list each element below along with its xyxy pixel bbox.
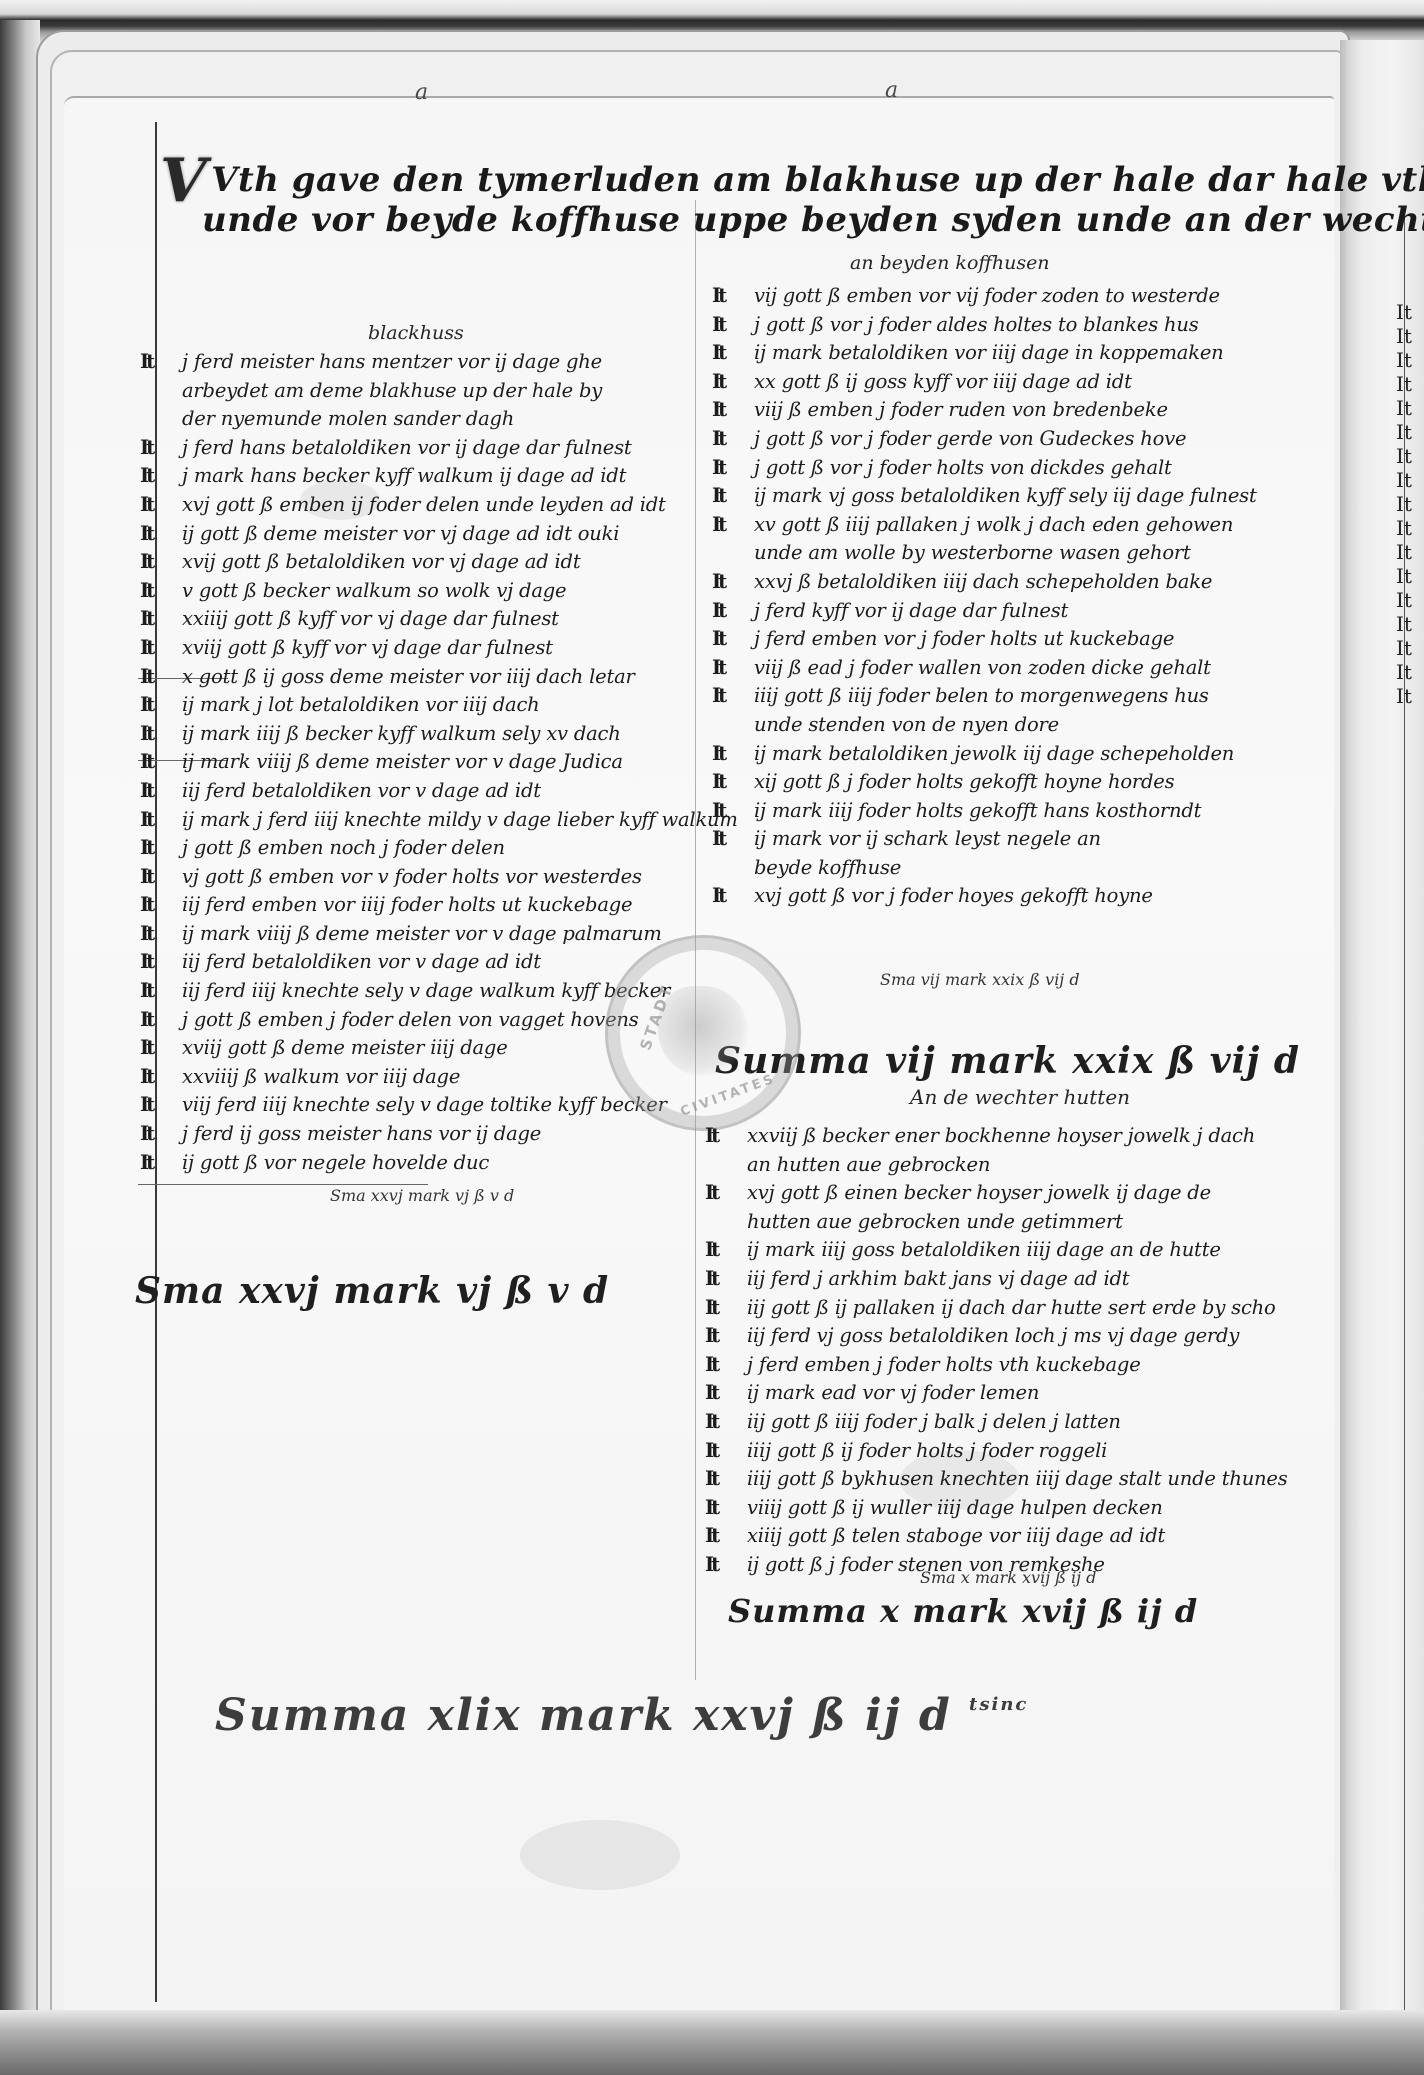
item-mark: It	[140, 948, 182, 977]
item-mark: It	[705, 1379, 747, 1408]
ledger-entry: Itxvj gott ß einen becker hoyser jowelk …	[705, 1179, 1345, 1208]
ledger-entry: Itj gott ß emben noch j foder delen	[140, 834, 700, 863]
item-mark: It	[705, 1494, 747, 1523]
item-mark: It	[140, 1034, 182, 1063]
entry-text: xvj gott ß einen becker hoyser jowelk ij…	[747, 1181, 1211, 1204]
ledger-entry: Itij mark betaloldiken vor iiij dage in …	[712, 339, 1342, 368]
ledger-entry: Itxiiij gott ß telen staboge vor iiij da…	[705, 1522, 1345, 1551]
entry-text: vij gott ß emben vor vij foder zoden to …	[754, 284, 1220, 307]
item-mark: It	[712, 511, 754, 540]
entry-text: xviij gott ß kyff vor vj dage dar fulnes…	[182, 636, 553, 659]
ledger-entry: Itxviij gott ß kyff vor vj dage dar fuln…	[140, 634, 700, 663]
entry-text: j ferd emben vor j foder holts ut kuckeb…	[754, 627, 1174, 650]
entry-text: ij mark vj goss betaloldiken kyff sely i…	[754, 484, 1257, 507]
paper-smudge	[520, 1820, 680, 1890]
item-mark: It	[140, 1120, 182, 1149]
right-lower-heading: An de wechter hutten	[910, 1085, 1130, 1109]
item-mark: It	[140, 577, 182, 606]
item-mark: It	[712, 768, 754, 797]
ledger-entry: unde stenden von de nyen dore	[712, 711, 1342, 740]
entry-text: j gott ß emben noch j foder delen	[182, 836, 505, 859]
left-column-heading: blackhuss	[368, 322, 464, 344]
right-upper-entries: Itvij gott ß emben vor vij foder zoden t…	[712, 282, 1342, 911]
entry-text: xiiij gott ß telen staboge vor iiij dage…	[747, 1524, 1165, 1547]
entry-text: v gott ß becker walkum so wolk vj dage	[182, 579, 566, 602]
item-mark: It	[712, 454, 754, 483]
item-mark: It	[140, 462, 182, 491]
item-mark: It	[140, 863, 182, 892]
item-mark: It	[712, 597, 754, 626]
decorated-initial: V	[160, 146, 207, 216]
entry-text: j gott ß vor j foder holts von dickdes g…	[754, 456, 1172, 479]
item-mark: It	[140, 691, 182, 720]
ledger-entry: Itj ferd emben j foder holts vth kuckeba…	[705, 1351, 1345, 1380]
ledger-entry: Itij mark iiij foder holts gekofft hans …	[712, 797, 1342, 826]
item-mark: It	[140, 1149, 182, 1178]
item-mark: It	[140, 348, 182, 377]
entry-text: xxiiij gott ß kyff vor vj dage dar fulne…	[182, 607, 559, 630]
entry-text: ij gott ß deme meister vor vj dage ad id…	[182, 522, 619, 545]
book-bottom-edge	[0, 2010, 1424, 2075]
item-mark: It	[140, 1063, 182, 1092]
entry-text: x gott ß ij goss deme meister vor iiij d…	[182, 665, 635, 688]
item-mark: It	[712, 797, 754, 826]
ledger-entry: Itij mark vor ij schark leyst negele an	[712, 825, 1342, 854]
ledger-entry: Itiij gott ß ij pallaken ij dach dar hut…	[705, 1294, 1345, 1323]
ledger-entry: Itj gott ß vor j foder gerde von Gudecke…	[712, 425, 1342, 454]
ledger-entry: Itxx gott ß ij goss kyff vor iiij dage a…	[712, 368, 1342, 397]
grand-total-suffix: tsinc	[969, 1694, 1028, 1715]
entry-text: viiij gott ß ij wuller iiij dage hulpen …	[747, 1496, 1163, 1519]
ledger-entry: hutten aue gebrocken unde getimmert	[705, 1208, 1345, 1237]
entry-text: iij ferd emben vor iiij foder holts ut k…	[182, 893, 632, 916]
ledger-entry: Itviiij gott ß ij wuller iiij dage hulpe…	[705, 1494, 1345, 1523]
ledger-entry: Itvj gott ß emben vor v foder holts vor …	[140, 863, 700, 892]
entry-text: ij mark ead vor vj foder lemen	[747, 1381, 1039, 1404]
entry-text: viij ferd iiij knechte sely v dage tolti…	[182, 1093, 667, 1116]
entry-text: iij ferd iiij knechte sely v dage walkum…	[182, 979, 670, 1002]
item-mark: It	[140, 491, 182, 520]
entry-text: j ferd hans betaloldiken vor ij dage dar…	[182, 436, 632, 459]
item-mark: It	[705, 1551, 747, 1580]
ledger-entry: Itiij ferd emben vor iiij foder holts ut…	[140, 891, 700, 920]
entry-text: j gott ß emben j foder delen von vagget …	[182, 1008, 639, 1031]
ledger-entry: Itxxiiij gott ß kyff vor vj dage dar ful…	[140, 605, 700, 634]
item-mark: It	[140, 748, 182, 777]
item-mark: It	[140, 1091, 182, 1120]
entry-text: beyde koffhuse	[754, 856, 901, 879]
item-mark: It	[705, 1437, 747, 1466]
entry-text: ij mark viiij ß deme meister vor v dage …	[182, 750, 623, 773]
ledger-entry: Itij gott ß deme meister vor vj dage ad …	[140, 520, 700, 549]
entry-text: iij ferd vj goss betaloldiken loch j ms …	[747, 1324, 1239, 1347]
ledger-entry: arbeydet am deme blakhuse up der hale by	[140, 377, 700, 406]
ledger-entry: Itj ferd ij goss meister hans vor ij dag…	[140, 1120, 700, 1149]
entry-text: ij mark iiij goss betaloldiken iiij dage…	[747, 1238, 1221, 1261]
ledger-entry: an hutten aue gebrocken	[705, 1151, 1345, 1180]
ledger-entry: Itv gott ß becker walkum so wolk vj dage	[140, 577, 700, 606]
ledger-entry: Itiiij gott ß bykhusen knechten iiij dag…	[705, 1465, 1345, 1494]
entry-text: ij gott ß vor negele hovelde duc	[182, 1151, 489, 1174]
item-mark: It	[712, 482, 754, 511]
left-column-summa: Sma xxvj mark vj ß v d	[135, 1270, 609, 1312]
item-mark: It	[705, 1408, 747, 1437]
item-mark: It	[140, 605, 182, 634]
page-title-line-2: unde vor beyde koffhuse uppe beyden syde…	[202, 200, 1424, 240]
ledger-entry: Itxvj gott ß vor j foder hoyes gekofft h…	[712, 882, 1342, 911]
ledger-entry: Itxvj gott ß emben ij foder delen unde l…	[140, 491, 700, 520]
top-folio-mark: a	[415, 80, 428, 105]
entry-text: xx gott ß ij goss kyff vor iiij dage ad …	[754, 370, 1132, 393]
item-mark: It	[712, 311, 754, 340]
entry-text: iij gott ß ij pallaken ij dach dar hutte…	[747, 1296, 1276, 1319]
entry-text: iij ferd betaloldiken vor v dage ad idt	[182, 779, 541, 802]
ledger-entry: Itxxviij ß becker ener bockhenne hoyser …	[705, 1122, 1345, 1151]
entry-text: j ferd ij goss meister hans vor ij dage	[182, 1122, 541, 1145]
entry-text: ij mark iiij ß becker kyff walkum sely x…	[182, 722, 621, 745]
ledger-entry: beyde koffhuse	[712, 854, 1342, 883]
item-mark: It	[140, 720, 182, 749]
ledger-entry: Itxv gott ß iiij pallaken j wolk j dach …	[712, 511, 1342, 540]
ledger-entry: Itij mark j ferd iiij knechte mildy v da…	[140, 806, 700, 835]
entry-text: ij mark viiij ß deme meister vor v dage …	[182, 922, 662, 945]
right-upper-subtotal-note: Sma vij mark xxix ß vij d	[880, 970, 1080, 989]
ledger-entry: Itiiij gott ß iiij foder belen to morgen…	[712, 682, 1342, 711]
ledger-entry: Itij mark viiij ß deme meister vor v dag…	[140, 748, 700, 777]
ledger-entry: Itxxvj ß betaloldiken iiij dach schepeho…	[712, 568, 1342, 597]
left-column-subtotal-note: Sma xxvj mark vj ß v d	[330, 1186, 514, 1205]
ledger-entry: Itiij ferd vj goss betaloldiken loch j m…	[705, 1322, 1345, 1351]
ledger-entry: Itiij ferd j arkhim bakt jans vj dage ad…	[705, 1265, 1345, 1294]
ledger-entry: Itj ferd meister hans mentzer vor ij dag…	[140, 348, 700, 377]
item-mark: It	[140, 634, 182, 663]
item-mark: It	[140, 834, 182, 863]
item-mark: It	[140, 663, 182, 692]
entry-text: j ferd kyff vor ij dage dar fulnest	[754, 599, 1068, 622]
entry-text: j gott ß vor j foder aldes holtes to bla…	[754, 313, 1199, 336]
subtotal-rule	[138, 1184, 428, 1185]
ledger-entry: Itj gott ß vor j foder aldes holtes to b…	[712, 311, 1342, 340]
right-lower-summa: Summa x mark xvij ß ij d	[728, 1592, 1198, 1630]
entry-text: der nyemunde molen sander dagh	[182, 407, 514, 430]
book-left-edge	[0, 20, 40, 2075]
item-mark: It	[712, 740, 754, 769]
ledger-entry: Itij mark betaloldiken jewolk iij dage s…	[712, 740, 1342, 769]
ledger-entry: Itj gott ß vor j foder holts von dickdes…	[712, 454, 1342, 483]
entry-text: an hutten aue gebrocken	[747, 1153, 990, 1176]
ledger-entry: Itviij ß ead j foder wallen von zoden di…	[712, 654, 1342, 683]
entry-text: xxviij ß becker ener bockhenne hoyser jo…	[747, 1124, 1255, 1147]
entry-text: xxvj ß betaloldiken iiij dach schepehold…	[754, 570, 1212, 593]
facing-page-item-marks: It It It It It It It It It It It It It I…	[1396, 300, 1424, 740]
ledger-entry: Itij mark ead vor vj foder lemen	[705, 1379, 1345, 1408]
entry-text: xvj gott ß vor j foder hoyes gekofft hoy…	[754, 884, 1153, 907]
top-folio-mark: a	[885, 78, 898, 103]
item-mark: It	[140, 520, 182, 549]
item-mark: It	[140, 548, 182, 577]
entry-text: iiij gott ß bykhusen knechten iiij dage …	[747, 1467, 1288, 1490]
item-mark: It	[712, 568, 754, 597]
ledger-entry: Itviij ß emben j foder ruden von bredenb…	[712, 396, 1342, 425]
entry-text: iiij gott ß iiij foder belen to morgenwe…	[754, 684, 1209, 707]
entry-text: ij mark betaloldiken vor iiij dage in ko…	[754, 341, 1224, 364]
item-mark: It	[140, 977, 182, 1006]
entry-text: j ferd emben j foder holts vth kuckebage	[747, 1353, 1141, 1376]
item-mark: It	[705, 1122, 747, 1151]
entry-text: xvij gott ß betaloldiken vor vj dage ad …	[182, 550, 580, 573]
archive-stamp: STADT CIVITATES	[605, 935, 801, 1131]
entry-text: iij ferd j arkhim bakt jans vj dage ad i…	[747, 1267, 1129, 1290]
ledger-entry: Itxij gott ß j foder holts gekofft hoyne…	[712, 768, 1342, 797]
item-mark: It	[705, 1522, 747, 1551]
entry-text: j ferd meister hans mentzer vor ij dage …	[182, 350, 602, 373]
grand-total-text: Summa xlix mark xxvj ß ij d	[215, 1690, 952, 1741]
entry-text: unde stenden von de nyen dore	[754, 713, 1059, 736]
entry-text: iij gott ß iiij foder j balk j delen j l…	[747, 1410, 1121, 1433]
entry-text: unde am wolle by westerborne wasen gehor…	[754, 541, 1191, 564]
entry-text: xviij gott ß deme meister iiij dage	[182, 1036, 508, 1059]
entry-text: iiij gott ß ij foder holts j foder rogge…	[747, 1439, 1107, 1462]
entry-text: ij mark betaloldiken jewolk iij dage sch…	[754, 742, 1234, 765]
item-mark: It	[712, 282, 754, 311]
item-mark: It	[705, 1265, 747, 1294]
item-mark: It	[705, 1465, 747, 1494]
right-column-heading: an beyden koffhusen	[850, 252, 1050, 274]
item-mark: It	[712, 368, 754, 397]
ledger-entry: Itij mark iiij goss betaloldiken iiij da…	[705, 1236, 1345, 1265]
item-mark: It	[712, 625, 754, 654]
entry-text: j gott ß vor j foder gerde von Gudeckes …	[754, 427, 1186, 450]
ledger-entry: Itxvij gott ß betaloldiken vor vj dage a…	[140, 548, 700, 577]
entry-text: xij gott ß j foder holts gekofft hoyne h…	[754, 770, 1174, 793]
entry-text: xvj gott ß emben ij foder delen unde ley…	[182, 493, 666, 516]
right-lower-subtotal-note: Sma x mark xvij ß ij d	[920, 1568, 1096, 1587]
entry-text: ij mark j lot betaloldiken vor iiij dach	[182, 693, 540, 716]
title-text-1: Vth gave den tymerluden am blakhuse up d…	[211, 160, 1424, 200]
item-mark: It	[705, 1322, 747, 1351]
ledger-entry: Itij mark viiij ß deme meister vor v dag…	[140, 920, 700, 949]
item-mark: It	[705, 1351, 747, 1380]
item-mark: It	[140, 1006, 182, 1035]
entry-text: ij mark j ferd iiij knechte mildy v dage…	[182, 808, 738, 831]
item-mark: It	[712, 425, 754, 454]
ledger-entry: Itj mark hans becker kyff walkum ij dage…	[140, 462, 700, 491]
ledger-entry: Itij mark j lot betaloldiken vor iiij da…	[140, 691, 700, 720]
entry-text: xxviiij ß walkum vor iiij dage	[182, 1065, 460, 1088]
item-mark: It	[712, 396, 754, 425]
ledger-entry: Itij gott ß vor negele hovelde duc	[140, 1149, 700, 1178]
item-mark: It	[140, 920, 182, 949]
grand-total-summa: Summa xlix mark xxvj ß ij d tsinc	[215, 1690, 1028, 1741]
entry-text: j mark hans becker kyff walkum ij dage a…	[182, 464, 626, 487]
item-mark: It	[705, 1236, 747, 1265]
entry-text: viij ß ead j foder wallen von zoden dick…	[754, 656, 1211, 679]
ledger-entry: Itiiij gott ß ij foder holts j foder rog…	[705, 1437, 1345, 1466]
item-mark: It	[140, 777, 182, 806]
ledger-entry: Itiij ferd betaloldiken vor v dage ad id…	[140, 948, 700, 977]
item-mark: It	[140, 806, 182, 835]
entry-text: arbeydet am deme blakhuse up der hale by	[182, 379, 602, 402]
item-mark: It	[712, 682, 754, 711]
item-mark: It	[140, 434, 182, 463]
right-upper-summa: Summa vij mark xxix ß vij d	[715, 1040, 1300, 1082]
item-mark: It	[712, 339, 754, 368]
entry-text: vj gott ß emben vor v foder holts vor we…	[182, 865, 642, 888]
entry-text: hutten aue gebrocken unde getimmert	[747, 1210, 1123, 1233]
ledger-entry: Itij mark vj goss betaloldiken kyff sely…	[712, 482, 1342, 511]
ledger-entry: Itiij ferd betaloldiken vor v dage ad id…	[140, 777, 700, 806]
ledger-entry: unde am wolle by westerborne wasen gehor…	[712, 539, 1342, 568]
item-mark: It	[140, 891, 182, 920]
ledger-entry: Itx gott ß ij goss deme meister vor iiij…	[140, 663, 700, 692]
item-mark: It	[705, 1294, 747, 1323]
entry-text: viij ß emben j foder ruden von bredenbek…	[754, 398, 1168, 421]
ledger-entry: Itiij gott ß iiij foder j balk j delen j…	[705, 1408, 1345, 1437]
right-lower-entries: Itxxviij ß becker ener bockhenne hoyser …	[705, 1122, 1345, 1580]
entry-text: xv gott ß iiij pallaken j wolk j dach ed…	[754, 513, 1233, 536]
ledger-entry: Itvij gott ß emben vor vij foder zoden t…	[712, 282, 1342, 311]
item-mark: It	[712, 825, 754, 854]
ledger-entry: Itij mark iiij ß becker kyff walkum sely…	[140, 720, 700, 749]
entry-text: ij mark iiij foder holts gekofft hans ko…	[754, 799, 1201, 822]
ledger-entry: Itj ferd emben vor j foder holts ut kuck…	[712, 625, 1342, 654]
entry-text: ij mark vor ij schark leyst negele an	[754, 827, 1101, 850]
entry-text: iij ferd betaloldiken vor v dage ad idt	[182, 950, 541, 973]
ledger-entry: Itviij ferd iiij knechte sely v dage tol…	[140, 1091, 700, 1120]
item-mark: It	[712, 882, 754, 911]
ledger-entry: Itj ferd kyff vor ij dage dar fulnest	[712, 597, 1342, 626]
item-mark: It	[712, 654, 754, 683]
item-mark: It	[705, 1179, 747, 1208]
ledger-entry: der nyemunde molen sander dagh	[140, 405, 700, 434]
ledger-entry: Itj ferd hans betaloldiken vor ij dage d…	[140, 434, 700, 463]
